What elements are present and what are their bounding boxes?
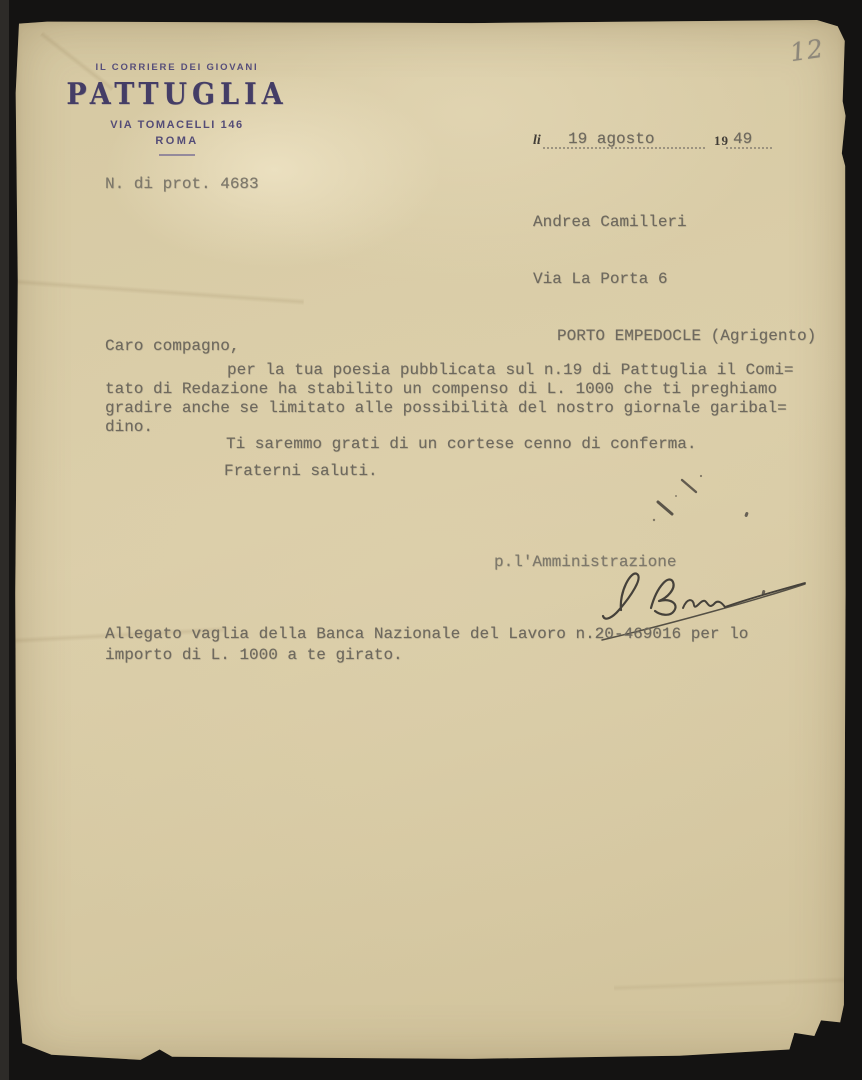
- handwritten-page-number: 12: [788, 34, 826, 67]
- letterhead-city: ROMA: [62, 135, 292, 147]
- scanner-background-strip: [0, 0, 9, 1080]
- paper-crease: [4, 278, 304, 306]
- letter-page: 12 IL CORRIERE DEI GIOVANI PATTUGLIA VIA…: [14, 20, 846, 1062]
- letterhead-divider: [159, 154, 195, 156]
- letterhead-tagline: IL CORRIERE DEI GIOVANI: [62, 62, 292, 73]
- body-line: dino.: [105, 418, 153, 437]
- letter-body: Caro compagno, per la tua poesia pubblic…: [105, 337, 825, 497]
- letterhead-street: VIA TOMACELLI 146: [62, 119, 292, 131]
- body-line: gradire anche se limitato alle possibili…: [105, 399, 787, 418]
- paper-crease: [614, 975, 862, 991]
- enclosure-note: Allegato vaglia della Banca Nazionale de…: [105, 624, 748, 665]
- body-confirmation-line: Ti saremmo grati di un cortese cenno di …: [226, 435, 696, 454]
- protocol-number-line: N. di prot. 4683: [105, 175, 259, 194]
- body-line: tato di Redazione ha stabilito un compen…: [105, 380, 777, 399]
- letterhead-masthead: PATTUGLIA: [62, 77, 292, 112]
- enclosure-line: importo di L. 1000 a te girato.: [105, 645, 748, 666]
- recipient-street: Via La Porta 6: [533, 270, 816, 289]
- typed-date: 19 agosto: [568, 130, 654, 149]
- ink-speck: [744, 512, 749, 518]
- body-line: per la tua poesia pubblicata sul n.19 di…: [227, 361, 794, 380]
- recipient-name: Andrea Camilleri: [533, 213, 816, 232]
- enclosure-line: Allegato vaglia della Banca Nazionale de…: [105, 624, 748, 645]
- salutation: Caro compagno,: [105, 337, 239, 356]
- year-dotted-rule: [726, 147, 772, 149]
- closing-line: Fraterni saluti.: [224, 462, 378, 481]
- letterhead: IL CORRIERE DEI GIOVANI PATTUGLIA VIA TO…: [62, 62, 292, 156]
- ink-smudge-marks: [646, 468, 716, 538]
- preprinted-li-label: li: [533, 133, 541, 149]
